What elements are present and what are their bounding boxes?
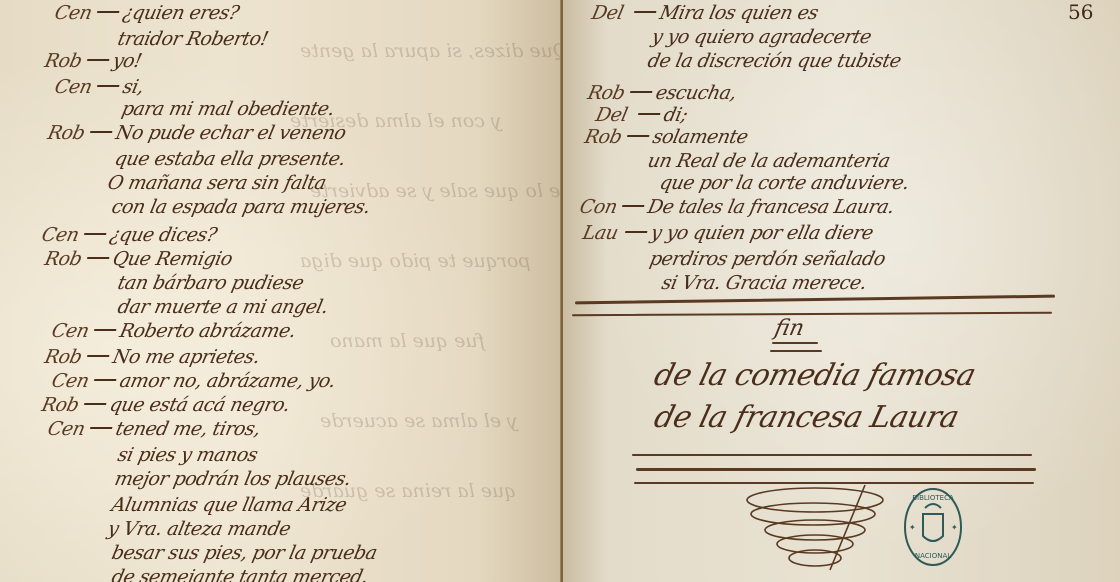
manuscript-line: perdiros perdón señalado bbox=[648, 248, 888, 270]
speaker-label: Cen bbox=[53, 2, 98, 24]
speaker-label: Cen bbox=[50, 370, 95, 392]
manuscript-line: besar sus pies, por la prueba bbox=[110, 542, 379, 564]
speaker-label: Cen bbox=[50, 320, 95, 342]
manuscript-line: DelMira los quien es bbox=[590, 2, 820, 24]
line-text: dar muerte a mi angel. bbox=[116, 296, 330, 318]
speaker-dash bbox=[630, 91, 652, 93]
line-text: si pies y manos bbox=[116, 444, 260, 466]
speaker-dash bbox=[94, 329, 116, 331]
closing-rule bbox=[632, 454, 1032, 456]
speaker-dash bbox=[87, 257, 109, 259]
manuscript-line: de la discreción que tubiste bbox=[646, 50, 903, 72]
speaker-dash bbox=[97, 11, 119, 13]
manuscript-line: Centened me, tiros, bbox=[46, 418, 263, 440]
svg-text:✦: ✦ bbox=[951, 523, 958, 532]
speaker-dash bbox=[634, 11, 656, 13]
manuscript-line: con la espada para mujeres. bbox=[110, 196, 372, 218]
manuscript-line: Robsolamente bbox=[583, 126, 750, 148]
line-text: perdiros perdón señalado bbox=[648, 248, 888, 270]
line-text: De tales la francesa Laura. bbox=[646, 196, 897, 218]
speaker-label: Rob bbox=[43, 248, 88, 270]
line-text: que por la corte anduviere. bbox=[658, 172, 912, 194]
speaker-label: Rob bbox=[583, 126, 628, 148]
svg-text:NACIONAL: NACIONAL bbox=[915, 552, 951, 560]
line-text: traidor Roberto! bbox=[116, 28, 270, 50]
line-text: tan bárbaro pudiese bbox=[116, 272, 306, 294]
manuscript-line: Cen¿quien eres? bbox=[53, 2, 241, 24]
closing-rule bbox=[636, 468, 1036, 471]
speaker-label: Rob bbox=[43, 346, 88, 368]
speaker-dash bbox=[90, 131, 112, 133]
manuscript-line: Censi, bbox=[53, 76, 146, 98]
line-text: con la espada para mujeres. bbox=[110, 196, 372, 218]
manuscript-line: y Vra. alteza mande bbox=[106, 518, 293, 540]
line-text: Roberto abrázame. bbox=[118, 320, 298, 342]
speaker-dash bbox=[638, 113, 660, 115]
line-text: y yo quiero agradecerte bbox=[650, 26, 874, 48]
manuscript-line: para mi mal obediente. bbox=[120, 98, 337, 120]
flourish-icon bbox=[735, 480, 895, 580]
manuscript-line: que por la corte anduviere. bbox=[658, 172, 912, 194]
line-text: ¿quien eres? bbox=[121, 2, 241, 24]
manuscript-line: Robyo! bbox=[43, 50, 144, 72]
speaker-label: Del bbox=[594, 104, 639, 126]
line-text: y yo quien por ella diere bbox=[649, 222, 875, 244]
speaker-label: Rob bbox=[586, 82, 631, 104]
manuscript-line: de semejante tanta merced. bbox=[110, 566, 370, 582]
manuscript-line: RobNo me aprietes. bbox=[43, 346, 262, 368]
page-number: 56 bbox=[1068, 0, 1093, 24]
line-text: para mi mal obediente. bbox=[120, 98, 337, 120]
line-text: yo! bbox=[111, 50, 144, 72]
speaker-label: Rob bbox=[46, 122, 91, 144]
ending-title-line-1: de la comedia famosa bbox=[651, 358, 979, 393]
manuscript-line: tan bárbaro pudiese bbox=[116, 272, 306, 294]
svg-text:✦: ✦ bbox=[909, 523, 916, 532]
manuscript-line: si pies y manos bbox=[116, 444, 260, 466]
speaker-dash bbox=[90, 427, 112, 429]
line-text: Mira los quien es bbox=[658, 2, 820, 24]
fin-label: fin bbox=[772, 316, 806, 341]
manuscript-line: dar muerte a mi angel. bbox=[116, 296, 330, 318]
line-text: solamente bbox=[651, 126, 750, 148]
manuscript-line: un Real de la ademanteria bbox=[646, 150, 892, 172]
line-text: y Vra. alteza mande bbox=[106, 518, 293, 540]
manuscript-line: y yo quiero agradecerte bbox=[650, 26, 874, 48]
manuscript-line: ConDe tales la francesa Laura. bbox=[578, 196, 897, 218]
speaker-label: Rob bbox=[40, 394, 85, 416]
line-text: si, bbox=[121, 76, 146, 98]
line-text: No me aprietes. bbox=[111, 346, 262, 368]
line-text: tened me, tiros, bbox=[114, 418, 263, 440]
speaker-label: Cen bbox=[53, 76, 98, 98]
manuscript-line: RobNo pude echar el veneno bbox=[46, 122, 348, 144]
line-text: amor no, abrázame, yo. bbox=[118, 370, 338, 392]
line-text: O mañana sera sin falta bbox=[106, 172, 328, 194]
ending-title-line-2: de la francesa Laura bbox=[651, 400, 963, 435]
line-text: que estaba ella presente. bbox=[113, 148, 348, 170]
fin-underline bbox=[772, 342, 818, 344]
line-text: besar sus pies, por la prueba bbox=[110, 542, 379, 564]
line-text: di; bbox=[662, 104, 690, 126]
line-text: si Vra. Gracia merece. bbox=[660, 272, 869, 294]
fin-underline bbox=[770, 350, 822, 352]
line-text: de semejante tanta merced. bbox=[110, 566, 370, 582]
manuscript-line: RobQue Remigio bbox=[43, 248, 235, 270]
manuscript-line: Cen¿que dices? bbox=[40, 224, 219, 246]
line-text: Alumnias que llama Arize bbox=[110, 494, 349, 516]
speaker-dash bbox=[87, 355, 109, 357]
line-text: ¿que dices? bbox=[108, 224, 219, 246]
manuscript-line: Robescucha, bbox=[586, 82, 739, 104]
speaker-dash bbox=[87, 59, 109, 61]
manuscript-line: traidor Roberto! bbox=[116, 28, 270, 50]
svg-text:BIBLIOTECA: BIBLIOTECA bbox=[912, 494, 954, 502]
speaker-dash bbox=[94, 379, 116, 381]
speaker-label: Cen bbox=[40, 224, 85, 246]
line-text: escucha, bbox=[654, 82, 739, 104]
library-stamp-icon: BIBLIOTECA NACIONAL ✦ ✦ bbox=[893, 482, 973, 572]
manuscript-line: que estaba ella presente. bbox=[113, 148, 348, 170]
manuscript-line: Lauy yo quien por ella diere bbox=[581, 222, 875, 244]
line-text: Que Remigio bbox=[111, 248, 235, 270]
speaker-dash bbox=[97, 85, 119, 87]
speaker-dash bbox=[627, 135, 649, 137]
line-text: No pude echar el veneno bbox=[114, 122, 348, 144]
speaker-label: Con bbox=[578, 196, 623, 218]
manuscript-line: si Vra. Gracia merece. bbox=[660, 272, 869, 294]
manuscript-line: mejor podrán los plauses. bbox=[113, 468, 353, 490]
speaker-label: Lau bbox=[581, 222, 626, 244]
speaker-dash bbox=[622, 205, 644, 207]
manuscript-line: CenRoberto abrázame. bbox=[50, 320, 298, 342]
line-text: un Real de la ademanteria bbox=[646, 150, 892, 172]
speaker-label: Cen bbox=[46, 418, 91, 440]
speaker-label: Del bbox=[590, 2, 635, 24]
manuscript-line: Alumnias que llama Arize bbox=[110, 494, 349, 516]
speaker-dash bbox=[625, 231, 647, 233]
manuscript-line: Robque está acá negro. bbox=[40, 394, 292, 416]
manuscript-line: Deldi; bbox=[594, 104, 690, 126]
left-page: Que dizes, si apura la gente y con el al… bbox=[0, 0, 562, 582]
line-text: mejor podrán los plauses. bbox=[113, 468, 353, 490]
line-text: que está acá negro. bbox=[108, 394, 292, 416]
line-text: de la discreción que tubiste bbox=[646, 50, 903, 72]
manuscript-line: Cenamor no, abrázame, yo. bbox=[50, 370, 338, 392]
speaker-dash bbox=[84, 233, 106, 235]
manuscript-line: O mañana sera sin falta bbox=[106, 172, 328, 194]
speaker-dash bbox=[84, 403, 106, 405]
speaker-label: Rob bbox=[43, 50, 88, 72]
